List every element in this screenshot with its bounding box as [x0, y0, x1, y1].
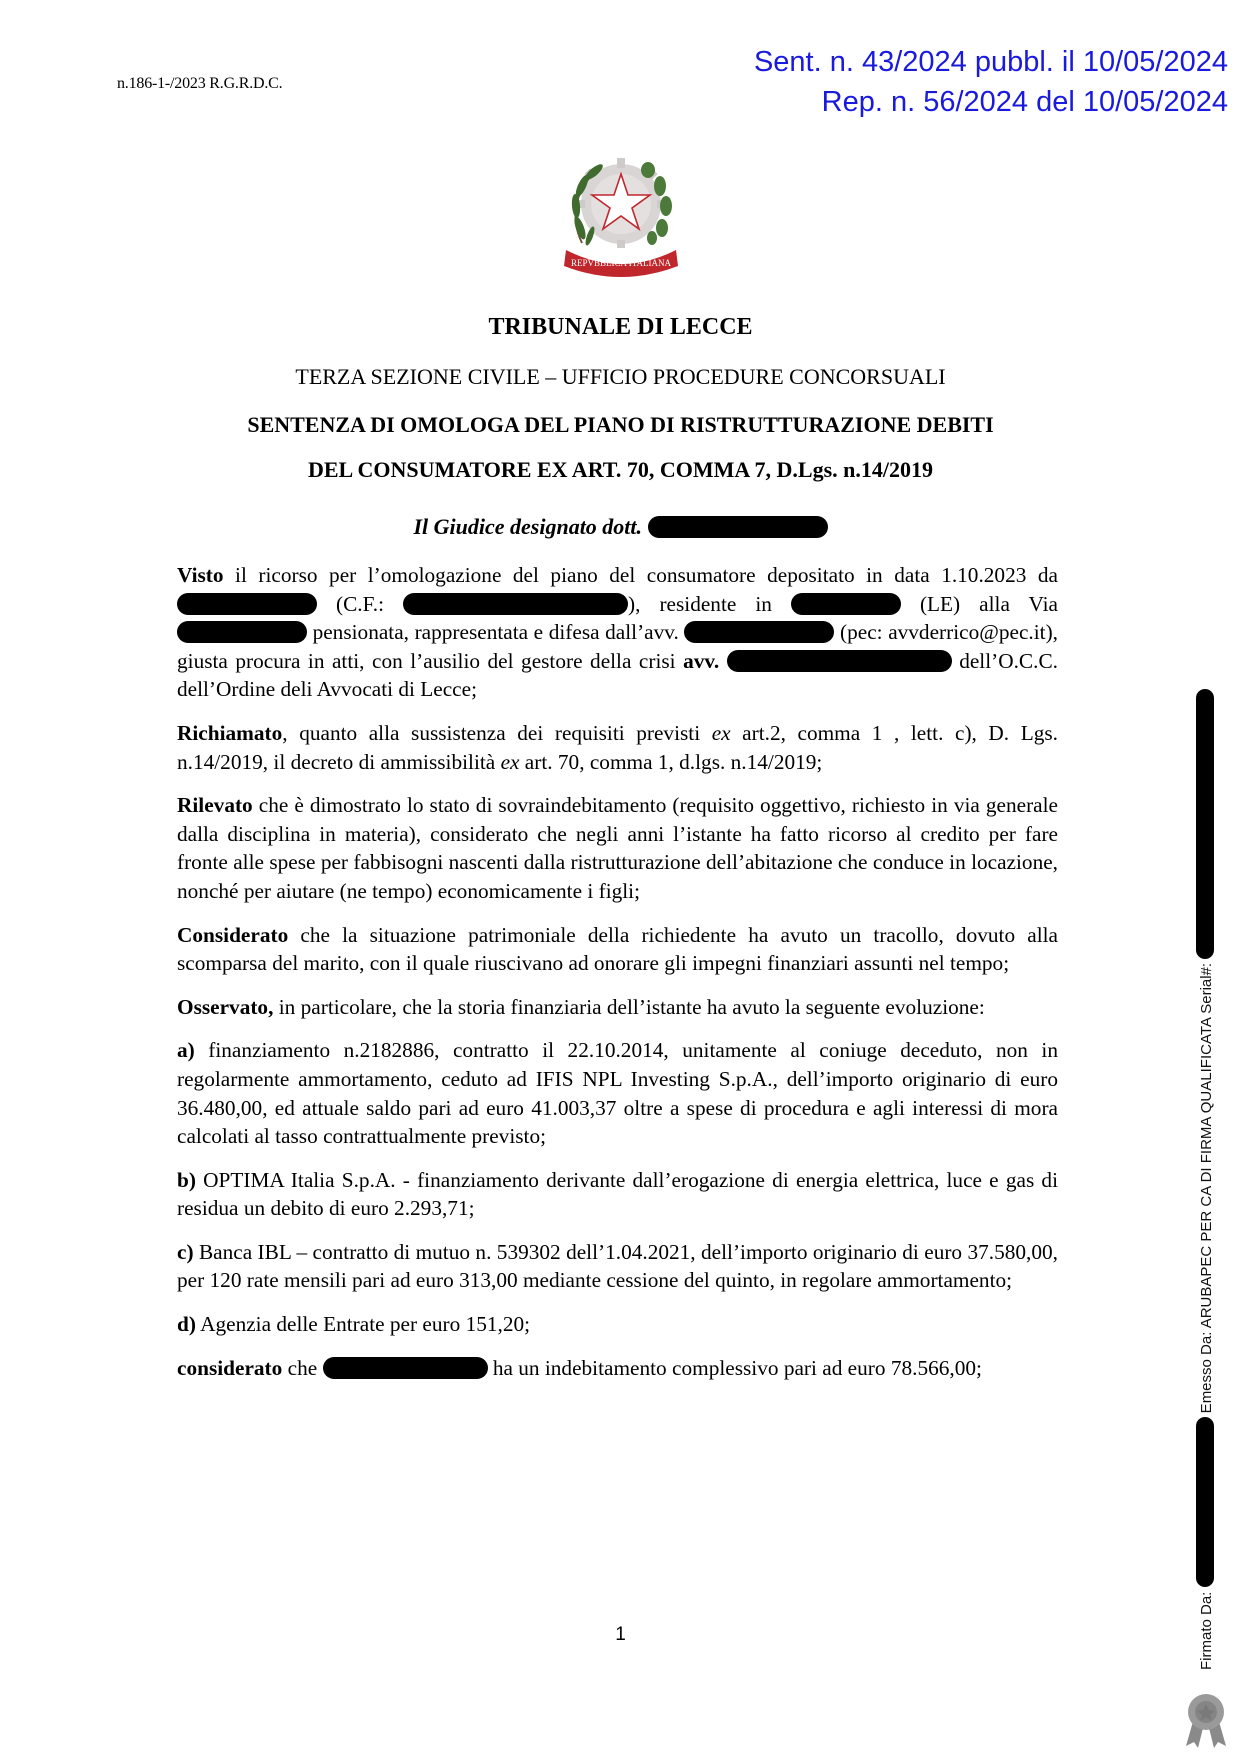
judge-line: Il Giudice designato dott. [0, 514, 1241, 540]
judge-label: Il Giudice designato dott. [413, 514, 642, 539]
judgment-heading-line1: SENTENZA DI OMOLOGA DEL PIANO DI RISTRUT… [0, 412, 1241, 438]
digital-signature-strip: Firmato Da: Emesso Da: ARUBAPEC PER CA D… [1196, 689, 1215, 1670]
redacted-lawyer-name [684, 621, 834, 643]
redacted-applicant-name [177, 593, 317, 615]
case-number: n.186-1-/2023 R.G.R.D.C. [117, 75, 282, 93]
paragraph-rilevato: Rilevato che è dimostrato lo stato di so… [177, 791, 1058, 905]
debt-item-d: d) Agenzia delle Entrate per euro 151,20… [177, 1310, 1058, 1339]
sentence-number: Sent. n. 43/2024 pubbl. il 10/05/2024 [754, 42, 1228, 82]
redacted-judge-name [648, 516, 828, 538]
redacted-crisis-manager-name [727, 650, 952, 672]
redacted-signer-name [1196, 1417, 1214, 1587]
paragraph-considerato: Considerato che la situazione patrimonia… [177, 921, 1058, 978]
court-title: TRIBUNALE DI LECCE [0, 314, 1241, 341]
redacted-street [177, 621, 307, 643]
section-title: TERZA SEZIONE CIVILE – UFFICIO PROCEDURE… [0, 364, 1241, 390]
repertory-number: Rep. n. 56/2024 del 10/05/2024 [754, 82, 1228, 122]
italian-republic-emblem-icon: REPVBBLICA ITALIANA [560, 148, 682, 278]
page-number: 1 [0, 1624, 1241, 1646]
signature-seal-icon [1180, 1688, 1232, 1750]
redacted-tax-code [403, 593, 628, 615]
publication-stamp: Sent. n. 43/2024 pubbl. il 10/05/2024 Re… [754, 42, 1228, 122]
paragraph-considerato-total: considerato che ha un indebitamento comp… [177, 1354, 1058, 1383]
paragraph-richiamato: Richiamato, quanto alla sussistenza dei … [177, 719, 1058, 776]
judgment-heading-line2: DEL CONSUMATORE EX ART. 70, COMMA 7, D.L… [0, 457, 1241, 483]
judgment-body: Visto il ricorso per l’omologazione del … [177, 561, 1058, 1397]
paragraph-visto: Visto il ricorso per l’omologazione del … [177, 561, 1058, 704]
paragraph-osservato: Osservato, in particolare, che la storia… [177, 993, 1058, 1022]
redacted-applicant-name [323, 1357, 488, 1379]
emblem-label: REPVBBLICA ITALIANA [571, 258, 672, 268]
redacted-town [791, 593, 901, 615]
debt-item-a: a) finanziamento n.2182886, contratto il… [177, 1036, 1058, 1150]
debt-item-b: b) OPTIMA Italia S.p.A. - finanziamento … [177, 1166, 1058, 1223]
debt-item-c: c) Banca IBL – contratto di mutuo n. 539… [177, 1238, 1058, 1295]
redacted-serial-number [1196, 689, 1214, 959]
lead-word: Visto [177, 563, 224, 587]
